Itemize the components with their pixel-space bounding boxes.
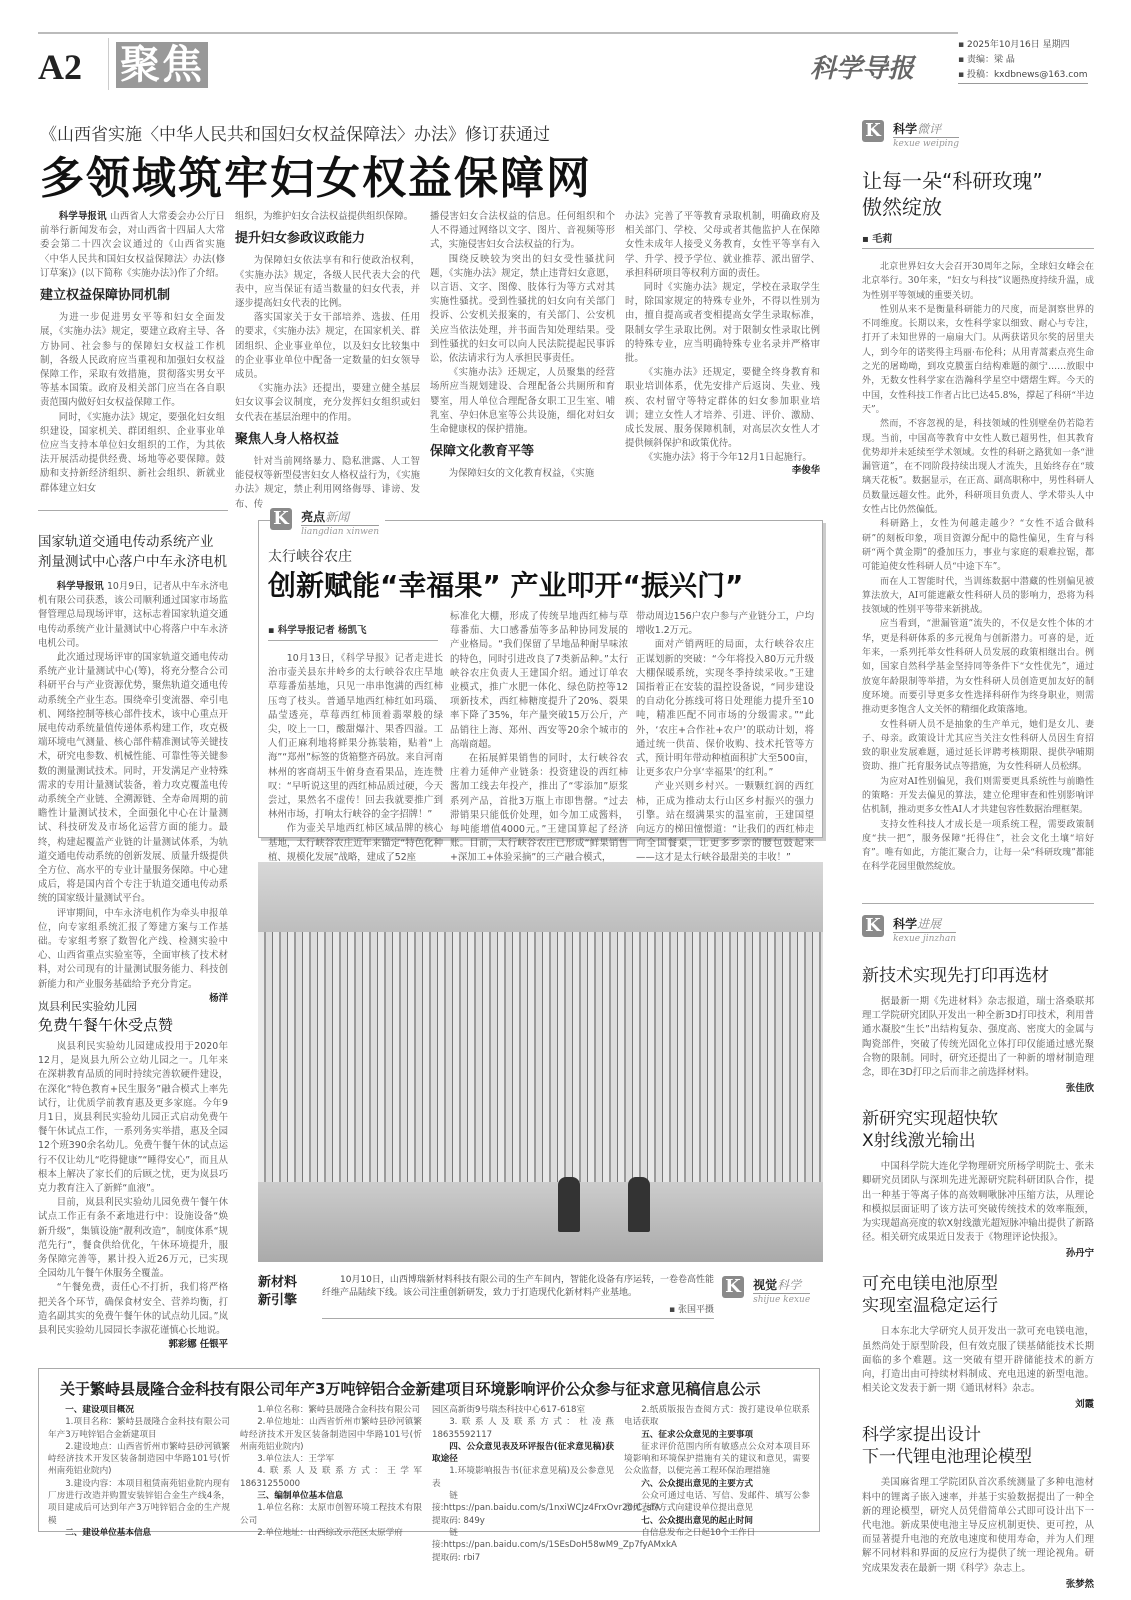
dateline: 科学导报讯 <box>59 211 110 222</box>
feature-column-2: 标准化大棚，形成了传统旱地西红柿与草莓番茄、大口感番茄等多品种协同发展的产业格局… <box>450 610 628 866</box>
paragraph: 科研路上，女性为何越走越少？“女性不适合做科研”的刻板印象，项目资源分配中的隐性… <box>862 517 1094 574</box>
paragraph: 北京世界妇女大会召开30周年之际，全球妇女峰会在北京举行。30年来，“妇女与科技… <box>862 260 1094 303</box>
brief-body: 中国科学院大连化学物理研究所杨学明院士、张未卿研究员团队与深圳先进光源研究院科研… <box>862 1160 1094 1245</box>
notice-text: 2.建设地点：山西省忻州市繁峙县砂河镇繁峙经济技术开发区装备制造园中华路101号… <box>48 1441 230 1478</box>
title-line: 新研究实现超快软 <box>862 1108 1094 1130</box>
brief-body: 日本东北大学研究人员开发出一款可充电镁电池，虽然尚处于原型阶段，但有效克服了镁基… <box>862 1325 1094 1396</box>
notice-text: 征求评价范围内所有敏感点公众对本项目环境影响和环境保护措施有关的建议和意见，需要… <box>624 1441 810 1478</box>
rail-top-author: ▪ 毛莉 <box>862 230 1094 249</box>
feature-kicker: 太行峡谷农庄 <box>268 546 352 566</box>
paragraph: 播侵害妇女合法权益的信息。任何组织和个人不得通过网络以文字、图片、音视频等形式，… <box>430 210 615 253</box>
paragraph: 目前，岚县利民实验幼儿园免费午餐午休试点工作正有条不紊地进行中：设施设备“焕新升… <box>38 1196 228 1281</box>
paragraph: 为保障妇女依法享有和行使政治权利，《实施办法》规定，各级人民代表大会的代表中，应… <box>235 254 420 311</box>
notice-text: 3.联系人及联系方式：杜凌燕 18635592117 <box>432 1416 614 1441</box>
paragraph: 日本东北大学研究人员开发出一款可充电镁电池，虽然尚处于原型阶段，但有效克服了镁基… <box>862 1325 1094 1396</box>
lead-column-2: 组织，为维护妇女合法权益提供组织保障。提升妇女参政议政能力为保障妇女依法享有和行… <box>235 210 420 512</box>
paragraph: 在拓展鲜果销售的同时，太行峡谷农庄着力延伸产业链条：投资建设的西红柿酱加工线去年… <box>450 752 628 866</box>
paragraph: 据最新一期《先进材料》杂志报道，瑞士洛桑联邦理工学院研究团队开发出一种全新3D打… <box>862 995 1094 1080</box>
feature-column-3: 带动周边156户农户参与产业链分工，户均增收1.2万元。面对产销两旺的局面，太行… <box>636 610 814 866</box>
k-logo-icon: K <box>862 915 884 937</box>
brief-byline: 张梦然 <box>862 1576 1094 1590</box>
notice-heading: 一、建设项目概况 <box>48 1404 230 1416</box>
title-line: 科学家提出设计 <box>862 1424 1094 1446</box>
weiping-section-label: K 科学微评 kexue weiping <box>862 120 959 149</box>
section-name: 聚焦 <box>116 42 208 88</box>
brief-byline: 刘霞 <box>862 1396 1094 1410</box>
notice-text: 链接:https://pan.baidu.com/s/1nxiWCJz4FrxO… <box>432 1490 614 1527</box>
rail-top-body: 北京世界妇女大会召开30周年之际，全球妇女峰会在北京举行。30年来，“妇女与科技… <box>862 260 1094 875</box>
paragraph: 科学导报讯 山西省人大常委会办公厅日前举行新闻发布会，对山西省十四届人大常委会第… <box>40 210 225 281</box>
notice-text: 园区高新街9号瑞杰科技中心617-618室 <box>432 1404 614 1416</box>
brief-body: 美国麻省理工学院团队首次系统测量了多种电池材料中的锂离子嵌入速率，并基于实验数据… <box>862 1476 1094 1575</box>
notice-column-4: 2.纸质版报告查阅方式：拨打建设单位联系电话获取五、征求公众意见的主要事项征求评… <box>624 1404 810 1539</box>
title-line: 下一代锂电池理论模型 <box>862 1446 1094 1468</box>
paragraph: 围绕反映较为突出的妇女受性骚扰问题，《实施办法》规定，禁止违背妇女意愿，以言语、… <box>430 253 615 367</box>
paragraph: 为应对AI性别偏见，我们则需要更具系统性与前瞻性的策略：开发去偏见的算法，建立伦… <box>862 775 1094 818</box>
title-line: 新技术实现先打印再选材 <box>862 965 1094 987</box>
paragraph: 组织，为维护妇女合法权益提供组织保障。 <box>235 210 420 224</box>
paragraph: 性别从来不是衡量科研能力的尺度，而是洞察世界的不同维度。长期以来，女性科学家以细… <box>862 303 1094 417</box>
science-brief: 科学家提出设计下一代锂电池理论模型美国麻省理工学院团队首次系统测量了多种电池材料… <box>862 1424 1094 1589</box>
paragraph: 标准化大棚，形成了传统旱地西红柿与草莓番茄、大口感番茄等多品种协同发展的产业格局… <box>450 610 628 752</box>
brief-title: 新研究实现超快软X射线激光输出 <box>862 1108 1094 1152</box>
lead-headline: 多领域筑牢妇女权益保障网 <box>40 142 592 206</box>
paper-logo: 科学导报 <box>810 48 914 85</box>
submit-email[interactable]: ▪ 投稿：kxdbnews@163.com <box>958 68 1088 84</box>
k-logo-icon: K <box>722 1276 744 1298</box>
liangdian-section-label: K 亮点新闻 liangdian xinwen <box>270 508 385 537</box>
divider <box>322 1318 714 1319</box>
brief-title: 科学家提出设计下一代锂电池理论模型 <box>862 1424 1094 1468</box>
paragraph: 10月13日，《科学导报》记者走进长治市壶关县东井岭乡的太行峡谷农庄旱地草莓番茄… <box>268 652 443 822</box>
paragraph: 《实施办法》还规定，要健全终身教育和职业培训体系，优先安排产后返岗、失业、残疾、… <box>625 366 820 451</box>
paragraph: 科学导报讯 10月9日，记者从中车永济电机有限公司获悉，该公司顺利通过国家市场监… <box>38 580 228 651</box>
brief-title: 可充电镁电池原型实现室温稳定运行 <box>862 1273 1094 1317</box>
rail-top-title: 让每一朵“科研玫瑰”傲然绽放 <box>862 168 1043 220</box>
paragraph: 同时，《实施办法》规定，要强化妇女组织建设，国家机关、群团组织、企业事业单位应当… <box>40 411 225 496</box>
science-brief: 可充电镁电池原型实现室温稳定运行日本东北大学研究人员开发出一款可充电镁电池，虽然… <box>862 1273 1094 1410</box>
feature-headline: 创新赋能“幸福果” 产业叩开“振兴门” <box>268 564 743 604</box>
notice-column-3: 园区高新街9号瑞杰科技中心617-618室3.联系人及联系方式：杜凌燕 1863… <box>432 1404 614 1564</box>
subheading: 建立权益保障协同机制 <box>40 289 225 303</box>
lead-column-4: 办法》完善了平等教育录取机制，明确政府及相关部门、学校、父母或者其他监护人在保障… <box>625 210 820 466</box>
rail-bottom-list: 新技术实现先打印再选材据最新一期《先进材料》杂志报道，瑞士洛桑联邦理工学院研究团… <box>862 965 1094 1600</box>
title-line: X射线激光输出 <box>862 1130 1094 1152</box>
subheading: 提升妇女参政议政能力 <box>235 232 420 246</box>
notice-text: 公众可通过电话、写信、发邮件、填写公参意见表的方式向建设单位提出意见 <box>624 1490 810 1515</box>
lead-column-1: 科学导报讯 山西省人大常委会办公厅日前举行新闻发布会，对山西省十四届人大常委会第… <box>40 210 225 496</box>
jinzhan-section-label: K 科学进展 kexue jinzhan <box>862 915 956 944</box>
brief-byline: 张佳欣 <box>862 1080 1094 1094</box>
paragraph: 而在人工智能时代，当训练数据中潜藏的性别偏见被算法放大，AI可能遮蔽女性科研人员… <box>862 575 1094 618</box>
notice-text: 3.建设内容：本项目租赁南苑铝业院内现有厂房进行改造并购置安装锌铝合金生产线4条… <box>48 1478 230 1527</box>
photo-caption: 10月10日，山西博瑞新材料科技有限公司的生产车间内，智能化设备有序运转，一卷卷… <box>322 1274 714 1300</box>
paragraph: 此次通过现场评审的国家轨道交通电传动系统产业计量测试中心(筹)，将充分整合公司科… <box>38 651 228 907</box>
brief-body: 据最新一期《先进材料》杂志报道，瑞士洛桑联邦理工学院研究团队开发出一种全新3D打… <box>862 995 1094 1080</box>
paragraph: 办法》完善了平等教育录取机制，明确政府及相关部门、学校、父母或者其他监护人在保障… <box>625 210 820 281</box>
notice-text: 1.单位名称：太原市创智环境工程技术有限公司 <box>240 1502 422 1527</box>
title-line: 可充电镁电池原型 <box>862 1273 1094 1295</box>
paragraph: 为保障妇女的文化教育权益，《实施 <box>430 467 615 481</box>
notice-text: 2.纸质版报告查阅方式：拨打建设单位联系电话获取 <box>624 1404 810 1429</box>
news2-title: 免费午餐午休受点赞 <box>38 1014 173 1035</box>
paragraph: 为进一步促进男女平等和妇女全面发展，《实施办法》规定，要建立政府主导、各方协同、… <box>40 311 225 410</box>
notice-text: 1.项目名称：繁峙县晟隆合金科技有限公司年产3万吨锌铝合金新建项目 <box>48 1416 230 1441</box>
paragraph: 岚县利民实验幼儿园建成投用于2020年12月，是岚县九所公立幼儿园之一。几年来在… <box>38 1040 228 1196</box>
subheading: 保障文化教育平等 <box>430 445 615 459</box>
notice-title: 关于繁峙县晟隆合金科技有限公司年产3万吨锌铝合金新建项目环境影响评价公众参与征求… <box>60 1378 760 1399</box>
photo-credit: ▪ 张国平摄 <box>650 1302 714 1315</box>
paragraph: 应当看到，“泄漏管道”流失的，不仅是女性个体的才华，更是科研体系的多元视角与创新… <box>862 617 1094 717</box>
k-logo-icon: K <box>270 508 292 530</box>
news1-title: 国家轨道交通电传动系统产业剂量测试中心落户中车永济电机 <box>38 532 227 572</box>
paragraph: 美国麻省理工学院团队首次系统测量了多种电池材料中的锂离子嵌入速率，并基于实验数据… <box>862 1476 1094 1575</box>
paragraph: 产业兴则乡村兴。一颗颗红润的西红柿，正成为推动太行山区乡村振兴的强力引擎。站在缀… <box>636 780 814 865</box>
top-rule <box>38 32 958 34</box>
paragraph: 评审期间，中车永济电机作为牵头申报单位，向专家组系统汇报了筹建方案与工作基础。专… <box>38 907 228 992</box>
notice-heading: 三、编制单位基本信息 <box>240 1490 422 1502</box>
k-logo-icon: K <box>862 120 884 142</box>
paragraph: 《实施办法》还提出，要建立健全基层妇女议事会议制度，充分发挥妇女组织或妇女代表在… <box>235 382 420 425</box>
dateline: 科学导报讯 <box>57 581 107 592</box>
notice-heading: 六、公众提出意见的主要方式 <box>624 1478 810 1490</box>
editor: ▪ 责编：梁 晶 <box>958 53 1088 68</box>
paragraph: 女性科研人员不是抽象的生产单元，她们是女儿、妻子、母亲。政策设计尤其应当关注女性… <box>862 718 1094 775</box>
notice-heading: 四、公众意见表及环评报告(征求意见稿)获取途径 <box>432 1441 614 1466</box>
photo-label: 新材料新引擎 <box>258 1274 297 1310</box>
notice-text: 链接:https://pan.baidu.com/s/1SEsDoH58wM9_… <box>432 1527 614 1564</box>
paragraph: “午餐免费，责任心不打折，我们将严格把关各个环节，确保食材安全、营养均衡，打造名… <box>38 1281 228 1338</box>
science-brief: 新研究实现超快软X射线激光输出中国科学院大连化学物理研究所杨学明院士、张未卿研究… <box>862 1108 1094 1259</box>
paragraph: 针对当前网络暴力、隐私泄露、人工智能侵权等新型侵害妇女人格权益行为，《实施办法》… <box>235 455 420 512</box>
feature-column-1: 10月13日，《科学导报》记者走进长治市壶关县东井岭乡的太行峡谷农庄旱地草莓番茄… <box>268 652 443 865</box>
news2-kicker: 岚县利民实验幼儿园 <box>38 998 137 1014</box>
divider <box>862 903 1094 904</box>
notice-text: 2.单位地址：山西综改示范区太原学府 <box>240 1527 422 1539</box>
factory-photo <box>258 862 823 1262</box>
notice-text: 2.单位地址：山西省忻州市繁峙县砂河镇繁峙经济技术开发区装备制造园中华路101号… <box>240 1416 422 1453</box>
page-number: A2 <box>38 46 82 88</box>
paragraph: 然而，不容忽视的是，科技领域的性别壁垒仍若隐若现。当前，中国高等教育中女性人数已… <box>862 417 1094 517</box>
notice-heading: 二、建设单位基本信息 <box>48 1527 230 1539</box>
masthead-info: ▪ 2025年10月16日 星期四 ▪ 责编：梁 晶 ▪ 投稿：kxdbnews… <box>958 38 1088 84</box>
notice-column-1: 一、建设项目概况1.项目名称：繁峙县晟隆合金科技有限公司年产3万吨锌铝合金新建项… <box>48 1404 230 1539</box>
news2-body: 岚县利民实验幼儿园建成投用于2020年12月，是岚县九所公立幼儿园之一。几年来在… <box>38 1040 228 1352</box>
issue-date: ▪ 2025年10月16日 星期四 <box>958 38 1088 53</box>
lead-byline: 李俊华 <box>740 462 820 476</box>
lead-column-3: 播侵害妇女合法权益的信息。任何组织和个人不得通过网络以文字、图片、音视频等形式，… <box>430 210 615 482</box>
shijue-section-label: K 视觉科学 shijue kexue <box>722 1276 810 1305</box>
feature-reporter: ▪ 科学导报记者 杨凯飞 <box>268 622 438 641</box>
paragraph: 《实施办法》还规定，人员聚集的经营场所应当规划建设、合理配备公共厕所和育婴室，用… <box>430 366 615 437</box>
news1-body: 科学导报讯 10月9日，记者从中车永济电机有限公司获悉，该公司顺利通过国家市场监… <box>38 580 228 1006</box>
paragraph: 同时《实施办法》规定，学校在录取学生时，除国家规定的特殊专业外，不得以性别为由，… <box>625 281 820 366</box>
brief-title: 新技术实现先打印再选材 <box>862 965 1094 987</box>
paragraph: 作为壶关旱地西红柿区域品牌的核心基地，太行峡谷农庄近年来锚定“特色化种植、规模化… <box>268 822 443 865</box>
science-brief: 新技术实现先打印再选材据最新一期《先进材料》杂志报道，瑞士洛桑联邦理工学院研究团… <box>862 965 1094 1094</box>
paragraph: 支持女性科技人才成长是一项系统工程，需要政策制度“扶一把”，服务保障“托得住”，… <box>862 818 1094 875</box>
notice-heading: 五、征求公众意见的主要事项 <box>624 1429 810 1441</box>
notice-text: 4.联系人及联系方式：王学军 18631255000 <box>240 1465 422 1490</box>
divider <box>38 510 228 511</box>
subheading: 聚焦人身人格权益 <box>235 433 420 447</box>
notice-heading: 七、公众提出意见的起止时间 <box>624 1515 810 1527</box>
notice-text: 1.环境影响报告书(征求意见稿)及公参意见表 <box>432 1465 614 1490</box>
title-line: 实现室温稳定运行 <box>862 1295 1094 1317</box>
paragraph: 落实国家关于女干部培养、选拔、任用的要求，《实施办法》规定，在国家机关、群团组织… <box>235 311 420 382</box>
notice-text: 3.单位法人：王学军 <box>240 1453 422 1465</box>
notice-text: 1.单位名称：繁峙县晟隆合金科技有限公司 <box>240 1404 422 1416</box>
paragraph: 面对产销两旺的局面，太行峡谷农庄正谋划新的突破：“今年将投入80万元升级大棚保暖… <box>636 638 814 780</box>
paragraph: 中国科学院大连化学物理研究所杨学明院士、张未卿研究员团队与深圳先进光源研究院科研… <box>862 1160 1094 1245</box>
notice-text: 自信息发布之日起10个工作日 <box>624 1527 810 1539</box>
notice-column-2: 1.单位名称：繁峙县晟隆合金科技有限公司2.单位地址：山西省忻州市繁峙县砂河镇繁… <box>240 1404 422 1539</box>
brief-byline: 孙丹宁 <box>862 1245 1094 1259</box>
news2-byline: 郭彩娜 任银平 <box>38 1338 228 1352</box>
masthead-divider <box>108 38 109 90</box>
paragraph: 带动周边156户农户参与产业链分工，户均增收1.2万元。 <box>636 610 814 638</box>
